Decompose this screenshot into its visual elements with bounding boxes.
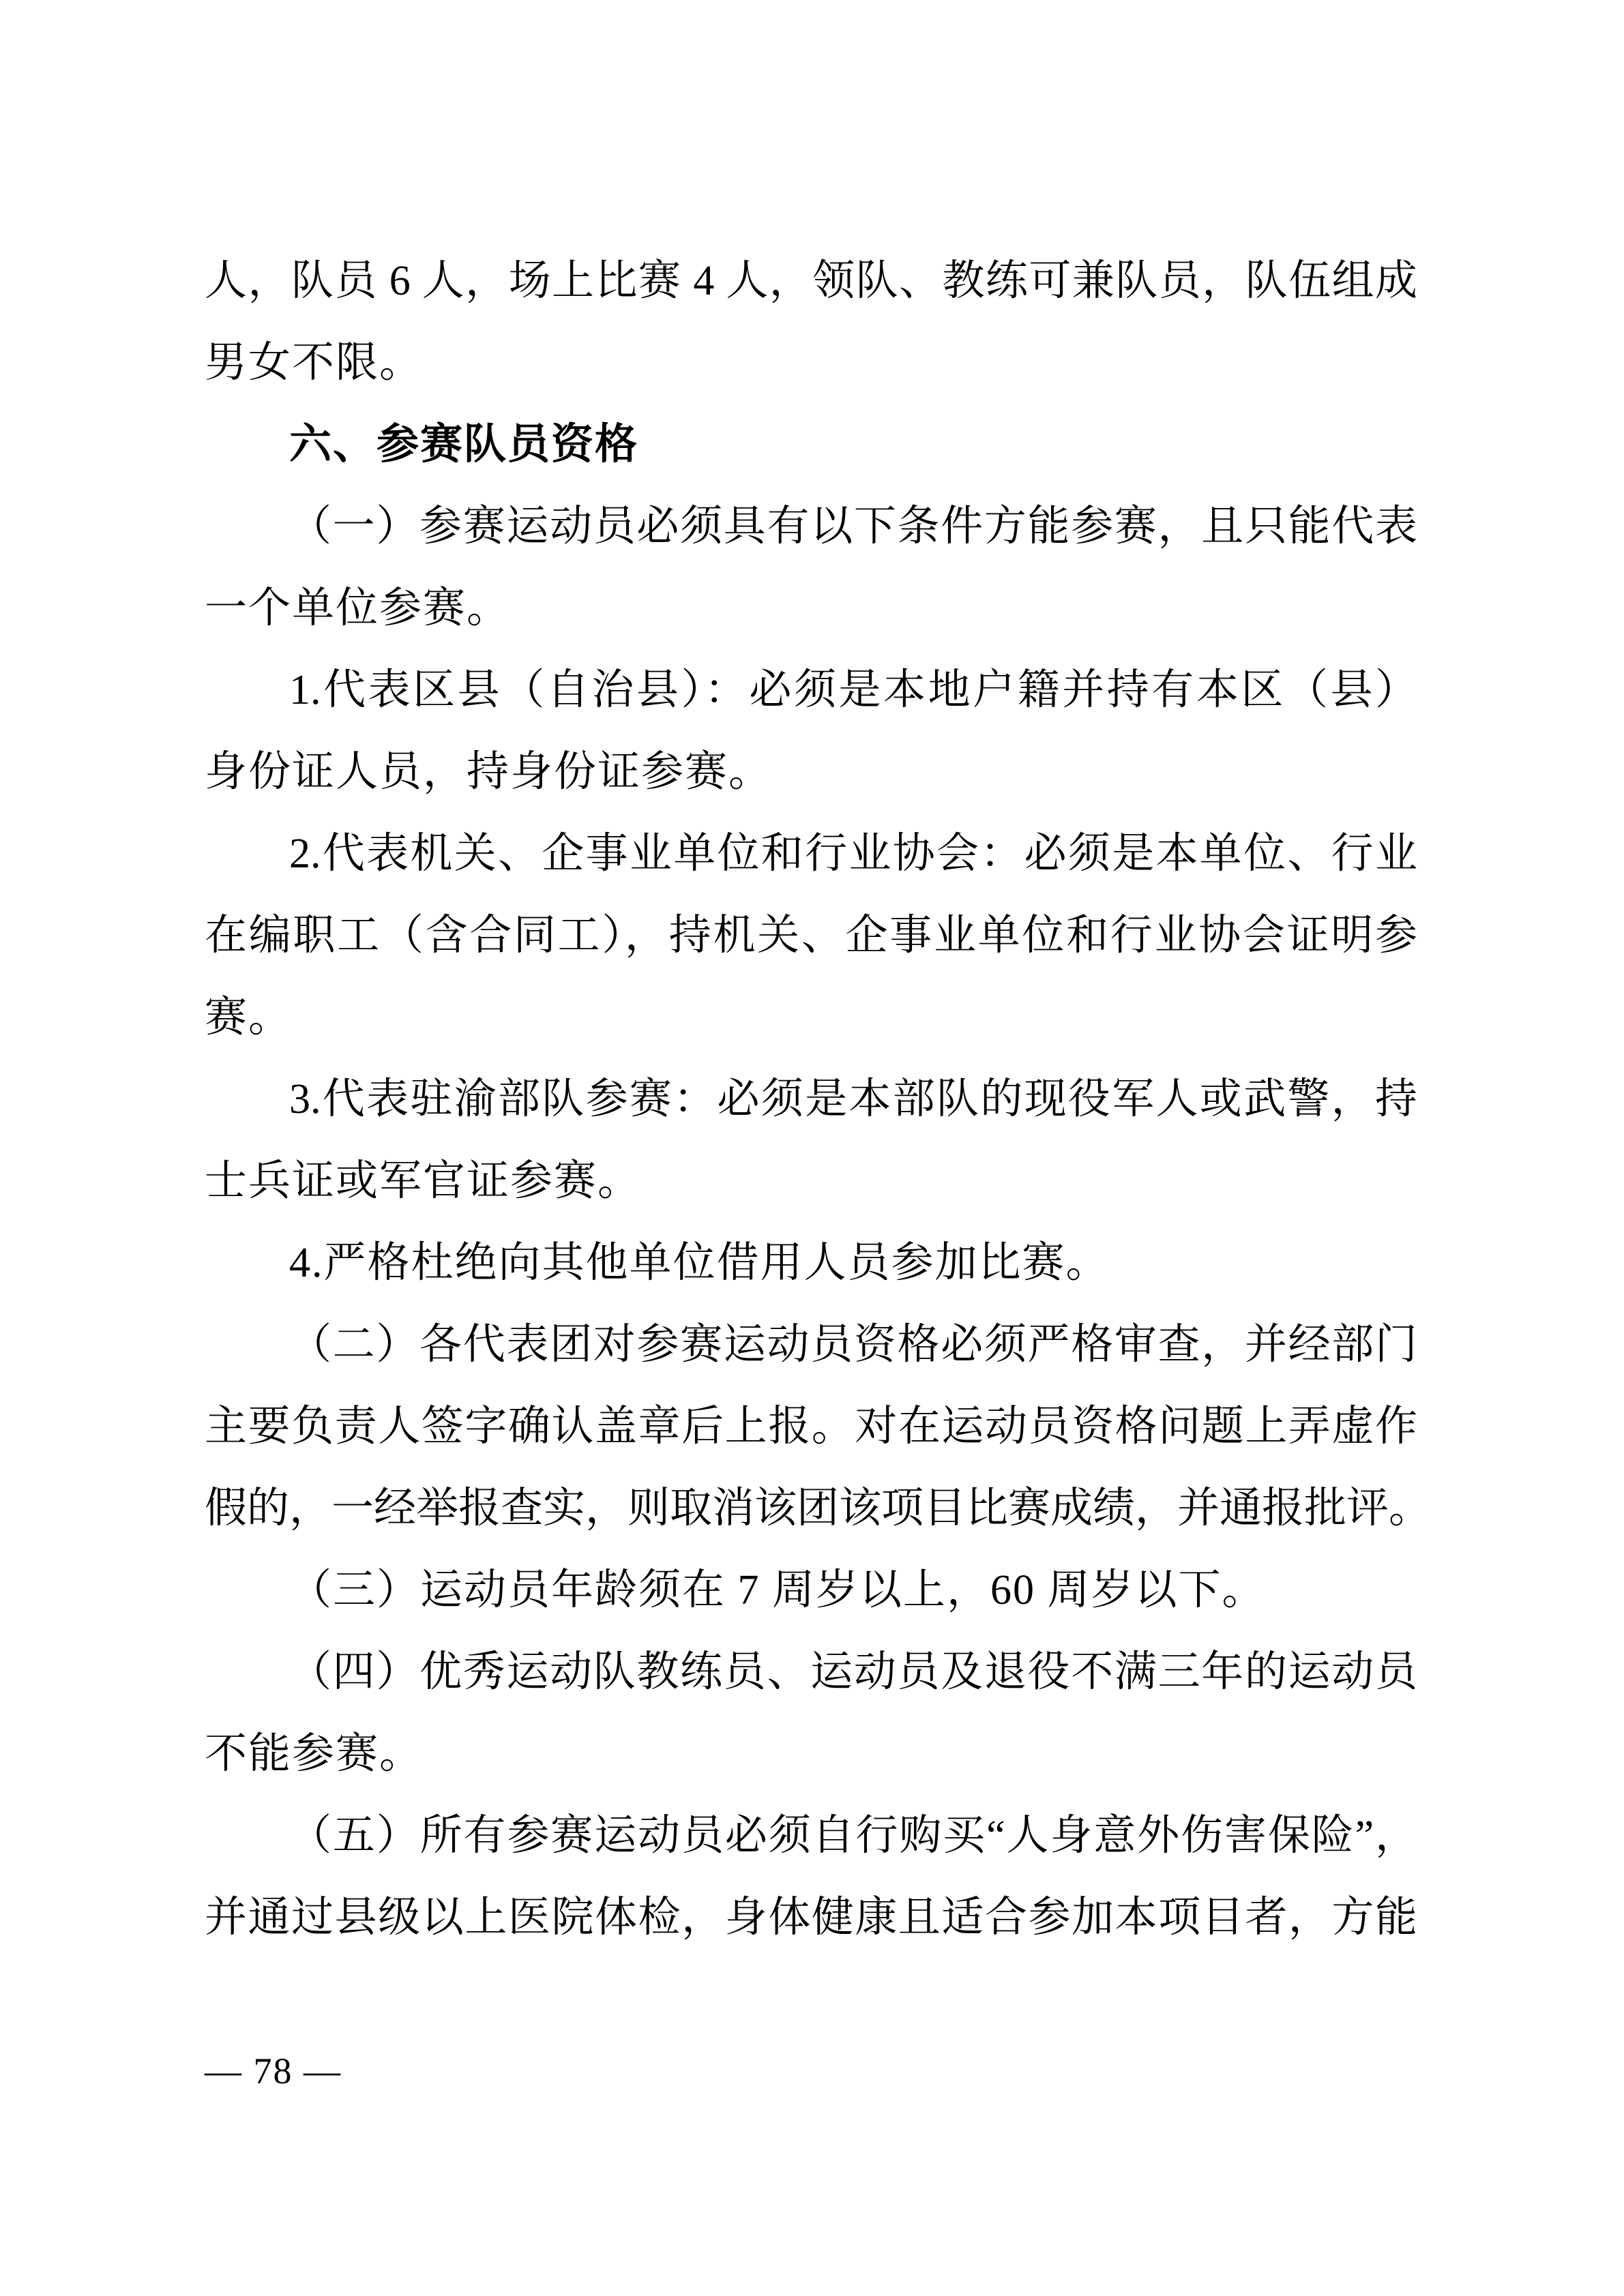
text-line: 赛。 <box>205 976 1417 1058</box>
text-line: 在编职工（含合同工），持机关、企事业单位和行业协会证明参 <box>205 895 1417 976</box>
text-line: 人，队员 6 人，场上比赛 4 人，领队、教练可兼队员，队伍组成 <box>205 240 1417 322</box>
document-page: 人，队员 6 人，场上比赛 4 人，领队、教练可兼队员，队伍组成男女不限。六、参… <box>0 0 1624 2296</box>
text-line: 4.严格杜绝向其他单位借用人员参加比赛。 <box>205 1222 1417 1304</box>
text-line: 3.代表驻渝部队参赛：必须是本部队的现役军人或武警，持 <box>205 1058 1417 1140</box>
text-line: （二）各代表团对参赛运动员资格必须严格审查，并经部门 <box>205 1304 1417 1386</box>
text-line: （五）所有参赛运动员必须自行购买“人身意外伤害保险”， <box>205 1795 1417 1877</box>
text-line: 士兵证或军官证参赛。 <box>205 1140 1417 1222</box>
text-line: （四）优秀运动队教练员、运动员及退役不满三年的运动员 <box>205 1631 1417 1713</box>
text-line: 身份证人员，持身份证参赛。 <box>205 731 1417 813</box>
text-line: （一）参赛运动员必须具有以下条件方能参赛，且只能代表 <box>205 486 1417 567</box>
document-body: 人，队员 6 人，场上比赛 4 人，领队、教练可兼队员，队伍组成男女不限。六、参… <box>205 240 1417 1958</box>
text-line: 不能参赛。 <box>205 1713 1417 1795</box>
text-line: 主要负责人签字确认盖章后上报。对在运动员资格问题上弄虚作 <box>205 1386 1417 1467</box>
page-footer: — 78 — <box>205 2030 342 2112</box>
text-line: 2.代表机关、企事业单位和行业协会：必须是本单位、行业 <box>205 813 1417 895</box>
text-line: （三）运动员年龄须在 7 周岁以上，60 周岁以下。 <box>205 1549 1417 1631</box>
section-heading: 六、参赛队员资格 <box>205 404 1417 486</box>
text-line: 男女不限。 <box>205 322 1417 404</box>
text-line: 假的，一经举报查实，则取消该团该项目比赛成绩，并通报批评。 <box>205 1467 1417 1549</box>
text-line: 一个单位参赛。 <box>205 567 1417 649</box>
text-line: 并通过县级以上医院体检，身体健康且适合参加本项目者，方能 <box>205 1877 1417 1958</box>
page-number: — 78 — <box>205 2051 342 2091</box>
text-line: 1.代表区县（自治县）：必须是本地户籍并持有本区（县） <box>205 649 1417 731</box>
